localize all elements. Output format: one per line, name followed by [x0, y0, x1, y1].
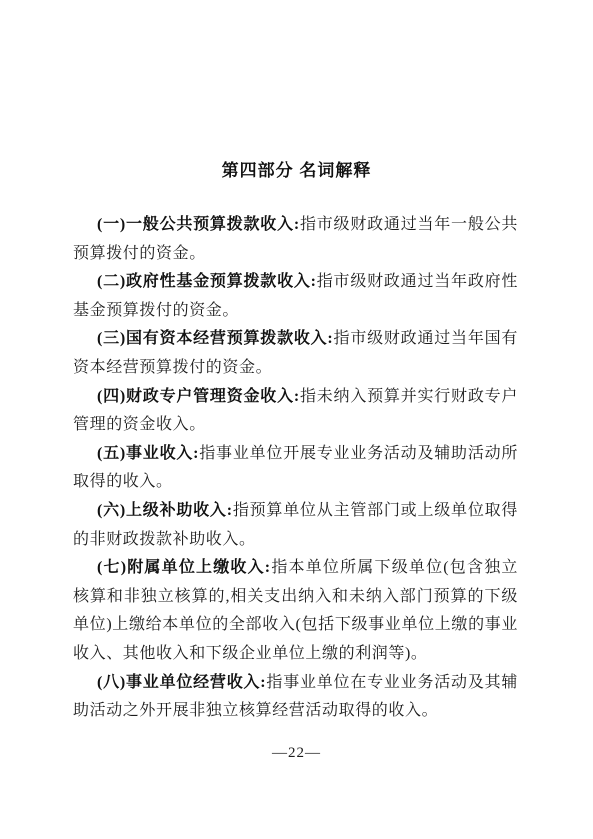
term-paragraph: (五)事业收入:指事业单位开展专业业务活动及辅助活动所取得的收入。	[73, 440, 518, 497]
terms-section: (一)一般公共预算拨款收入:指市级财政通过当年一般公共预算拨付的资金。 (二)政…	[73, 211, 518, 726]
term-label: (八)事业单位经营收入:	[97, 674, 266, 691]
term-paragraph: (一)一般公共预算拨款收入:指市级财政通过当年一般公共预算拨付的资金。	[73, 211, 518, 268]
term-label: (六)上级补助收入:	[97, 502, 233, 519]
term-label: (四)财政专户管理资金收入:	[97, 388, 300, 405]
term-paragraph: (三)国有资本经营预算拨款收入:指市级财政通过当年国有资本经营预算拨付的资金。	[73, 325, 518, 382]
page-number: —22—	[0, 745, 593, 762]
term-paragraph: (七)附属单位上缴收入:指本单位所属下级单位(包含独立核算和非独立核算的,相关支…	[73, 554, 518, 668]
page-title: 第四部分 名词解释	[0, 156, 593, 181]
term-paragraph: (二)政府性基金预算拨款收入:指市级财政通过当年政府性基金预算拨付的资金。	[73, 268, 518, 325]
term-label: (七)附属单位上缴收入:	[97, 559, 271, 576]
term-paragraph: (四)财政专户管理资金收入:指未纳入预算并实行财政专户管理的资金收入。	[73, 383, 518, 440]
term-label: (五)事业收入:	[97, 445, 199, 462]
term-paragraph: (六)上级补助收入:指预算单位从主管部门或上级单位取得的非财政拨款补助收入。	[73, 497, 518, 554]
term-paragraph: (八)事业单位经营收入:指事业单位在专业业务活动及其辅助活动之外开展非独立核算经…	[73, 669, 518, 726]
term-label: (二)政府性基金预算拨款收入:	[97, 273, 317, 290]
term-label: (一)一般公共预算拨款收入:	[97, 216, 300, 233]
document-page: 第四部分 名词解释 (一)一般公共预算拨款收入:指市级财政通过当年一般公共预算拨…	[0, 0, 593, 839]
term-label: (三)国有资本经营预算拨款收入:	[97, 330, 333, 347]
